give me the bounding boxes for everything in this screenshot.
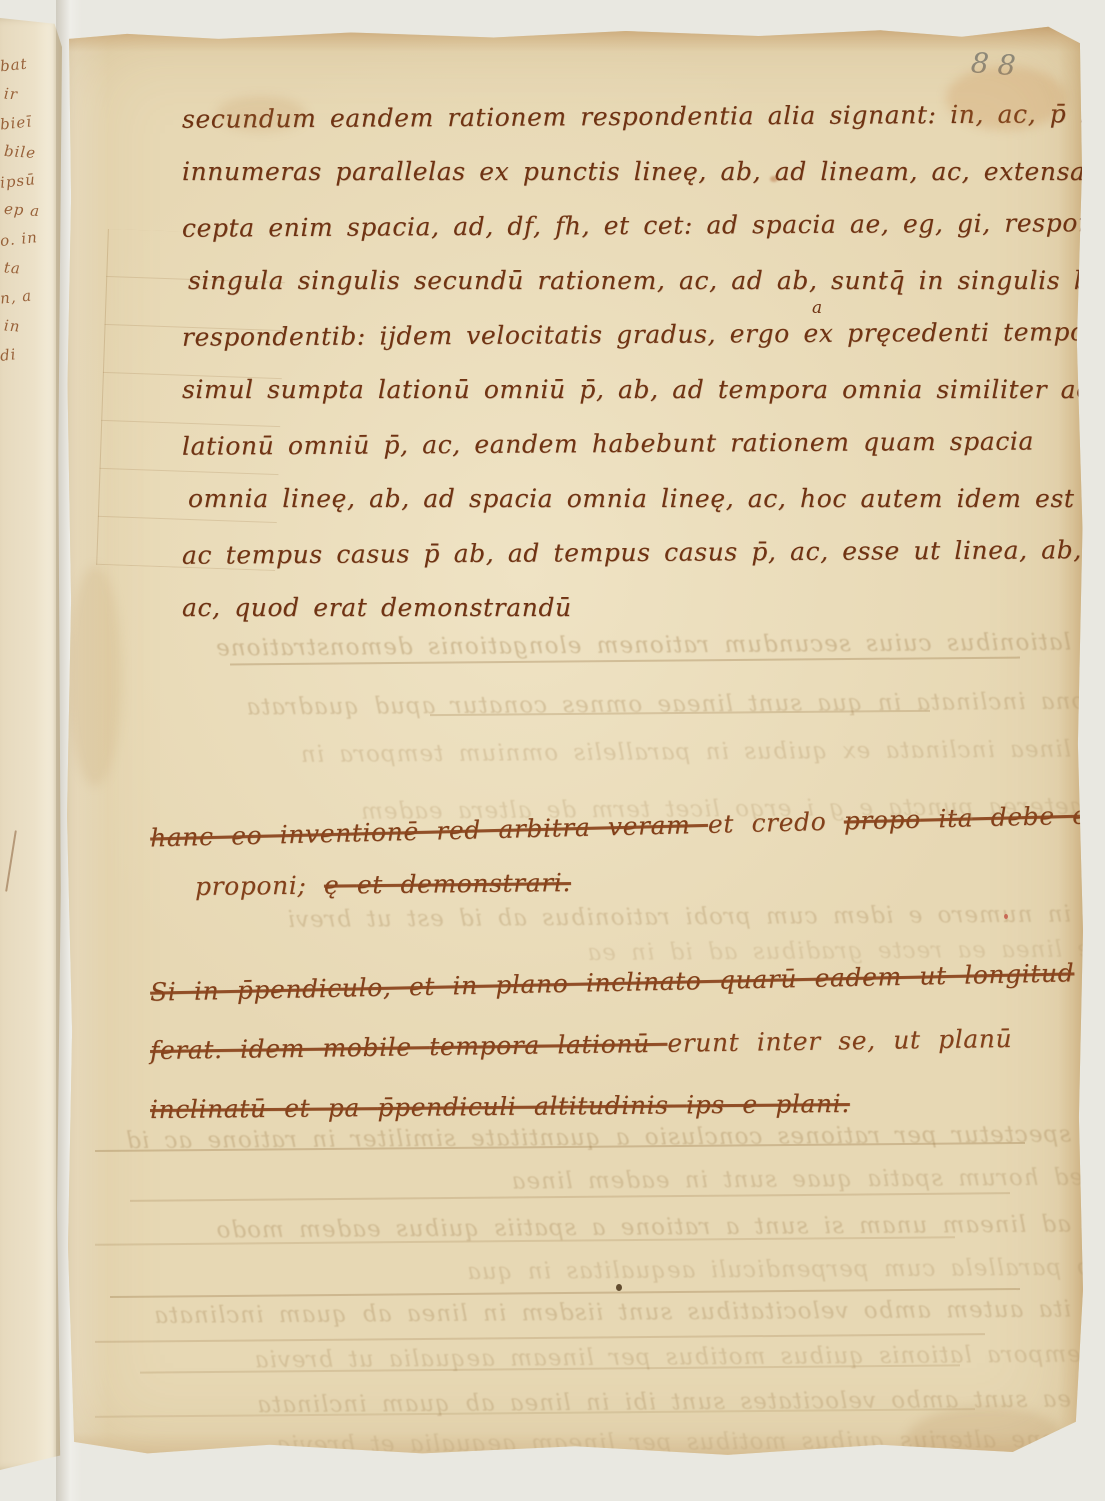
manuscript-text-line: cepta enim spacia, ad, df, fh, et cet: a… [182, 196, 1072, 256]
page-edge-text-fragment: bat [0, 55, 28, 76]
page-edge-text-fragment: ipsū [0, 170, 37, 192]
show-through-line: tempora lationis quibus motibus per line… [106, 1342, 1084, 1375]
struck-text-segment: et demonstrari. [357, 868, 571, 899]
manuscript-text-line: singula singulis secundū rationem, ac, a… [188, 254, 1072, 309]
deleted-line: inclinatū et pa p̄pendiculi altitudinis … [150, 1089, 850, 1124]
paper-stain [906, 1406, 1066, 1462]
paper-stain [68, 566, 122, 786]
show-through-line: ita autem ambo velocitatibus sunt iisdem… [86, 1297, 1071, 1330]
struck-text-segment: tempora lationū [429, 1029, 668, 1061]
show-through-rule [110, 1288, 1020, 1297]
manuscript-text-line: simul sumpta lationū omniū p̄, ab, ad te… [182, 363, 1072, 418]
ink-speck [616, 1284, 622, 1291]
show-through-line: ab parallela cum perpendiculi aequalitas… [121, 1255, 1084, 1288]
red-speck [1004, 914, 1008, 919]
struck-text-segment: p̄pendiculi altitudinis [377, 1090, 686, 1122]
main-text-block: secundum eandem rationem respondentia al… [182, 90, 1072, 635]
page-edge-text-fragment: ta [3, 258, 21, 277]
struck-text-segment: ę [324, 870, 357, 899]
paper-speck [770, 176, 778, 182]
manuscript-text-line: ac tempus casus p̄ ab, ad tempus casus p… [182, 523, 1072, 583]
manuscript-text-line: innumeras parallelas ex punctis lineę, a… [182, 145, 1072, 200]
struck-text-segment: inclinatū et pa [150, 1093, 378, 1124]
struck-text-segment: ferat. idem mobile [150, 1032, 430, 1065]
page-edge-text-fragment: bieī [0, 112, 33, 133]
text-segment: erunt inter se, ut planū [667, 1024, 1012, 1058]
page-edge-ink-stroke [5, 830, 17, 892]
manuscript-text-line: ac, quod erat demonstrandū [182, 581, 1072, 636]
previous-page-edge: batirbieībileipsūep ao. intan, aindi [0, 18, 62, 1470]
manuscript-photo: batirbieībileipsūep ao. intan, aindi 88 … [0, 0, 1105, 1501]
deleted-line: ferat. idem mobile tempora lationū erunt… [150, 1024, 1013, 1065]
manuscript-text-line: secundum eandem rationem respondentia al… [182, 87, 1072, 147]
page-edge-text-fragment: bile [3, 142, 36, 162]
manuscript-text-line: lationū omniū p̄, ac, eandem habebunt ra… [182, 414, 1072, 474]
manuscript-page: 88 secundum eandem rationem respondentia… [66, 26, 1084, 1462]
show-through-line: bona inclinata in qua sunt lineae omnes … [116, 689, 1084, 722]
page-edge-text-fragment: n, a [0, 286, 33, 307]
page-edge-text-fragment: ep a [3, 200, 40, 220]
struck-text-segment: Si in p̄pendiculo, et in plano inclinato [150, 966, 720, 1007]
page-edge-text-fragment: ir [3, 85, 18, 104]
page-edge-text-fragment: di [0, 345, 17, 365]
paper-stain [216, 96, 306, 132]
show-through-rule [95, 1333, 985, 1342]
struck-text-segment: ips e plani. [686, 1089, 850, 1119]
manuscript-text-line: omnia lineę, ab, ad spacia omnia lineę, … [188, 472, 1072, 527]
page-edge-fragments: batirbieībileipsūep ao. intan, aindi [0, 56, 52, 364]
paper-stain [946, 66, 1066, 130]
page-edge-text-fragment: in [3, 316, 21, 335]
manuscript-text-line: respondentib: ijdem velocitatis gradus, … [182, 305, 1072, 365]
page-edge-text-fragment: o. in [0, 228, 39, 250]
show-through-line: linea inclinata ex quibus in parallelis … [86, 737, 1071, 770]
text-segment: proponi; [195, 871, 324, 901]
superscript-insertion: a [812, 298, 822, 318]
deleted-line: proponi; ę et demonstrari. [195, 868, 571, 901]
